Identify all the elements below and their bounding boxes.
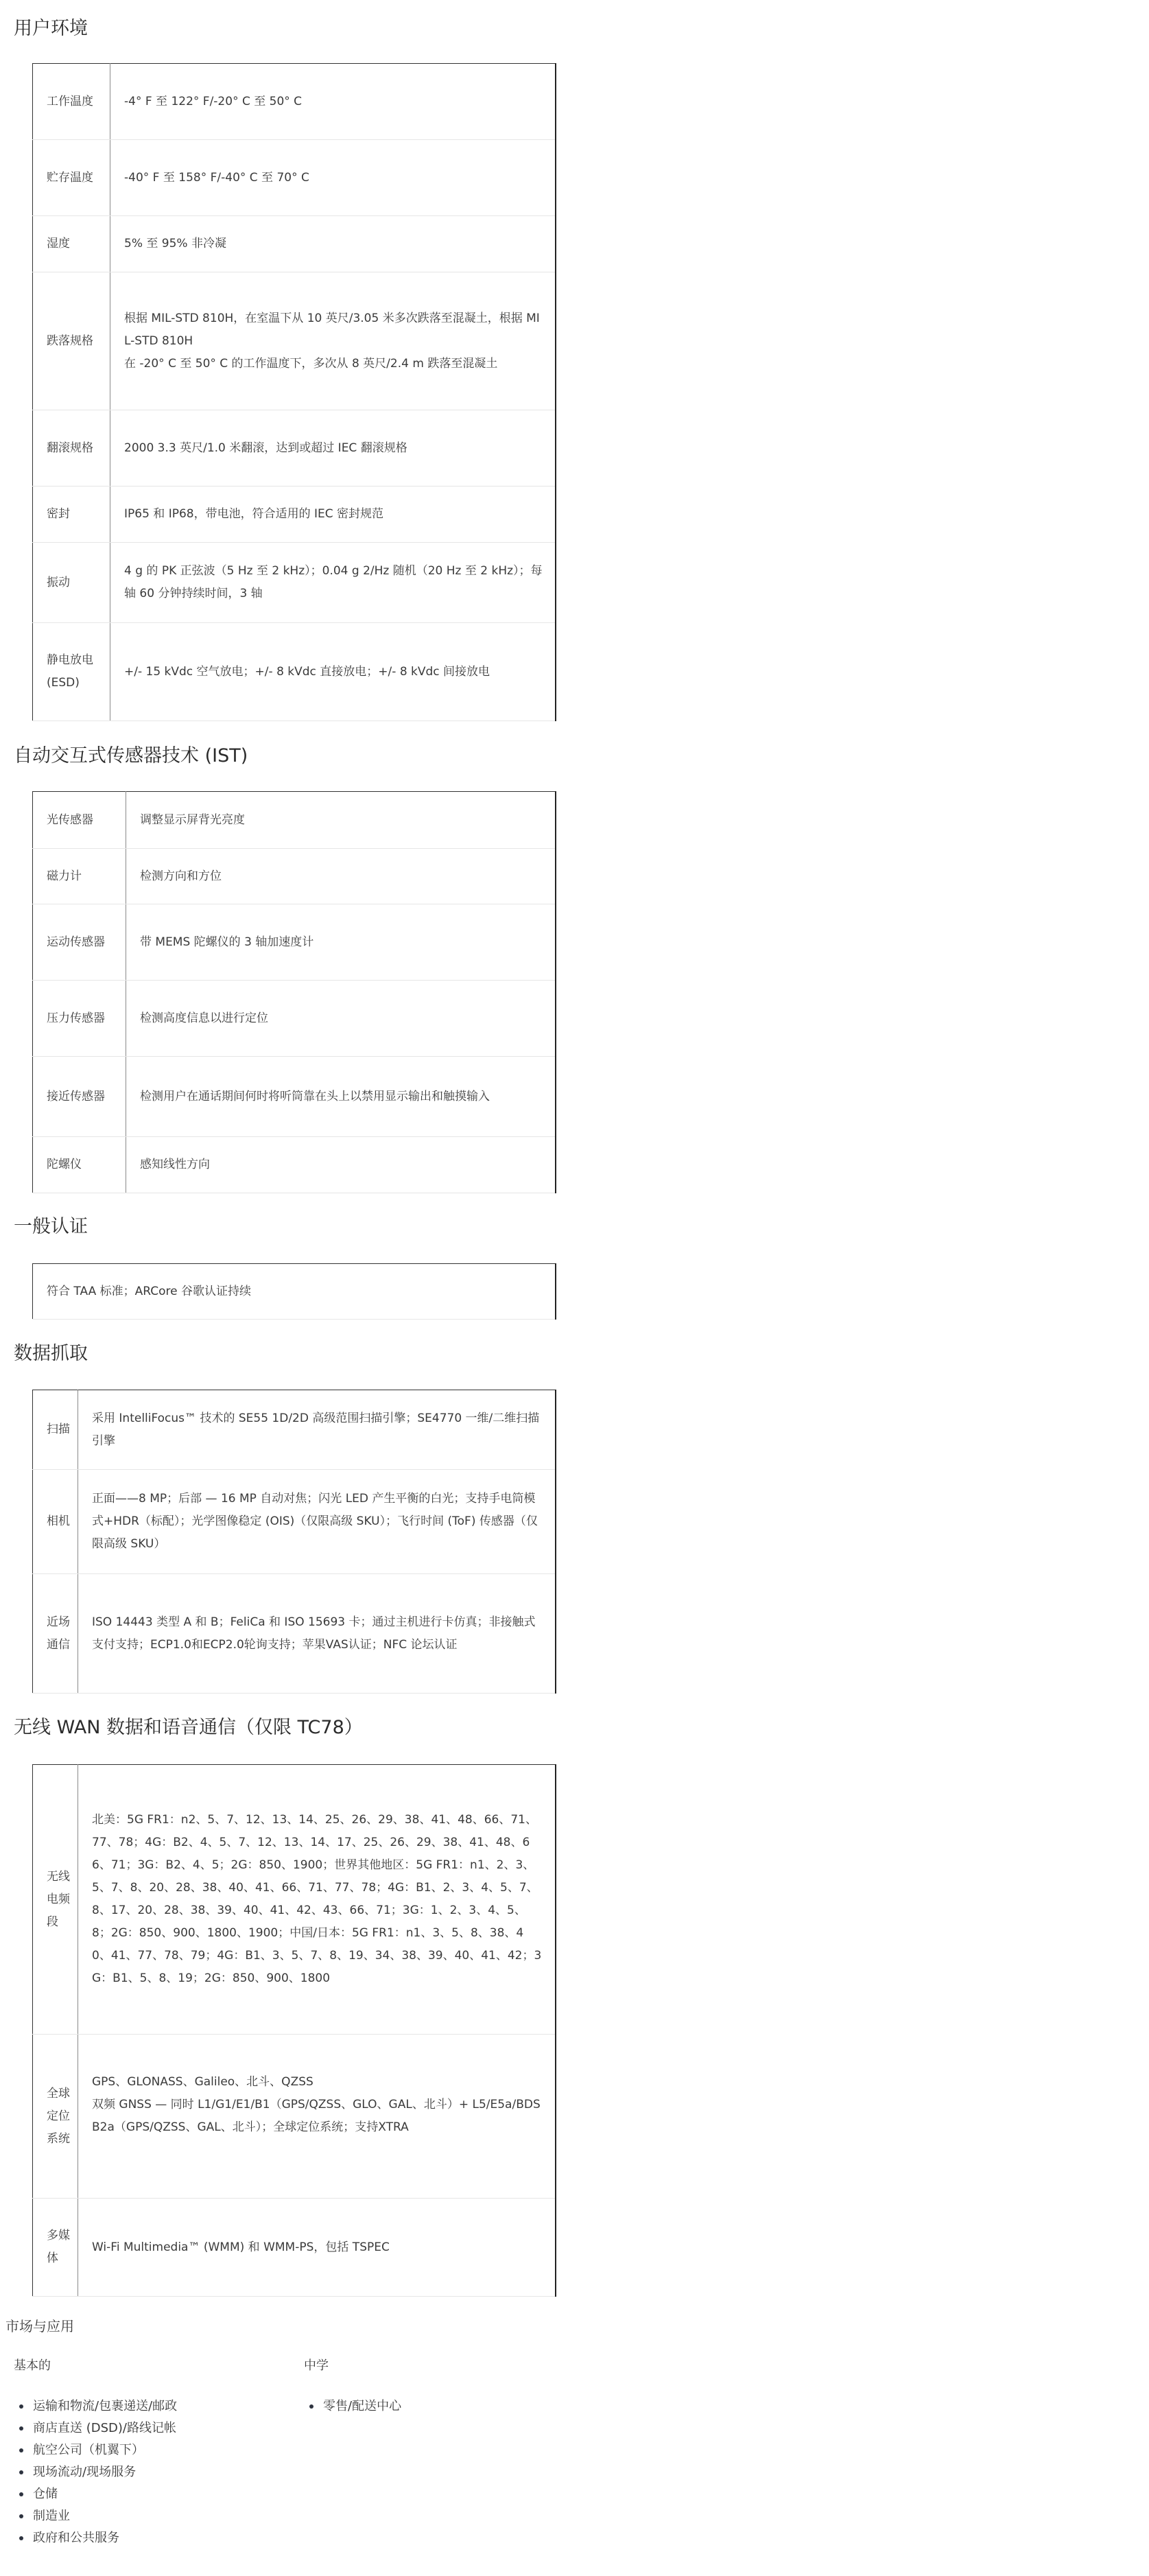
row-label: 工作温度 <box>33 64 110 140</box>
table-row: 无线电频段北美：5G FR1：n2、5、7、12、13、14、25、26、29、… <box>33 1765 556 2035</box>
user-environment-table: 工作温度-4° F 至 122° F/-20° C 至 50° C 贮存温度-4… <box>32 63 556 721</box>
table-row: 磁力计检测方向和方位 <box>33 849 556 904</box>
table-row: 扫描采用 IntelliFocus™ 技术的 SE55 1D/2D 高级范围扫描… <box>33 1390 556 1470</box>
row-label: 压力传感器 <box>33 981 126 1057</box>
section-title-ist: 自动交互式传感器技术 (IST) <box>14 742 248 770</box>
row-label: 运动传感器 <box>33 904 126 981</box>
row-value: +/- 15 kVdc 空气放电；+/- 8 kVdc 直接放电；+/- 8 k… <box>110 623 556 721</box>
row-value: ISO 14443 类型 A 和 B；FeliCa 和 ISO 15693 卡；… <box>78 1574 556 1694</box>
row-value: -40° F 至 158° F/-40° C 至 70° C <box>110 140 556 216</box>
table-row: 密封IP65 和 IP68，带电池，符合适用的 IEC 密封规范 <box>33 487 556 543</box>
certification-table: 符合 TAA 标准；ARCore 谷歌认证持续 <box>32 1263 556 1320</box>
list-item: 仓储 <box>14 2483 177 2505</box>
markets-secondary-column: 中学 零售/配送中心 <box>304 2355 401 2417</box>
markets-primary-list: 运输和物流/包裹递送/邮政 商店直送 (DSD)/路线记帐 航空公司（机翼下） … <box>14 2396 177 2549</box>
list-item-label: 仓储 <box>33 2487 58 2501</box>
table-row: 工作温度-4° F 至 122° F/-20° C 至 50° C <box>33 64 556 140</box>
table-row: 压力传感器检测高度信息以进行定位 <box>33 981 556 1057</box>
row-value: Wi-Fi Multimedia™ (WMM) 和 WMM-PS，包括 TSPE… <box>78 2199 556 2297</box>
list-item: 制造业 <box>14 2505 177 2527</box>
bullet-icon <box>309 2404 313 2409</box>
row-value: 感知线性方向 <box>126 1137 556 1193</box>
markets-title: 市场与应用 <box>5 2315 74 2337</box>
section-title-data-capture: 数据抓取 <box>14 1340 88 1368</box>
row-label: 扫描 <box>33 1390 78 1470</box>
row-label: 静电放电 (ESD) <box>33 623 110 721</box>
row-value: IP65 和 IP68，带电池，符合适用的 IEC 密封规范 <box>110 487 556 543</box>
row-label: 陀螺仪 <box>33 1137 126 1193</box>
row-label: 相机 <box>33 1470 78 1574</box>
list-item: 航空公司（机翼下） <box>14 2439 177 2461</box>
row-label: 多媒体 <box>33 2199 78 2297</box>
list-item-label: 运输和物流/包裹递送/邮政 <box>33 2399 177 2413</box>
certification-value: 符合 TAA 标准；ARCore 谷歌认证持续 <box>33 1264 556 1320</box>
bullet-icon <box>19 2514 23 2518</box>
row-label: 磁力计 <box>33 849 126 904</box>
list-item-label: 制造业 <box>33 2509 70 2523</box>
markets-secondary-list: 零售/配送中心 <box>304 2396 401 2417</box>
row-value: 检测用户在通话期间何时将听筒靠在头上以禁用显示输出和触摸输入 <box>126 1057 556 1137</box>
table-row: 静电放电 (ESD)+/- 15 kVdc 空气放电；+/- 8 kVdc 直接… <box>33 623 556 721</box>
row-value: 采用 IntelliFocus™ 技术的 SE55 1D/2D 高级范围扫描引擎… <box>78 1390 556 1470</box>
bullet-icon <box>19 2536 23 2540</box>
table-row: 湿度5% 至 95% 非冷凝 <box>33 216 556 272</box>
table-row: 翻滚规格2000 3.3 英尺/1.0 米翻滚，达到或超过 IEC 翻滚规格 <box>33 410 556 487</box>
row-value: 4 g 的 PK 正弦波（5 Hz 至 2 kHz）；0.04 g 2/Hz 随… <box>110 543 556 623</box>
section-title-certification: 一般认证 <box>14 1213 88 1241</box>
section-title-user-environment: 用户环境 <box>14 15 88 43</box>
row-value: -4° F 至 122° F/-20° C 至 50° C <box>110 64 556 140</box>
row-label: 光传感器 <box>33 792 126 849</box>
list-item: 现场流动/现场服务 <box>14 2461 177 2483</box>
markets-secondary-heading: 中学 <box>304 2355 401 2377</box>
table-row: 全球定位系统GPS、GLONASS、Galileo、北斗、QZSS 双频 GNS… <box>33 2035 556 2199</box>
row-label: 无线电频段 <box>33 1765 78 2035</box>
wwan-table: 无线电频段北美：5G FR1：n2、5、7、12、13、14、25、26、29、… <box>32 1764 556 2297</box>
row-label: 近场通信 <box>33 1574 78 1694</box>
bullet-icon <box>19 2470 23 2474</box>
row-value: 检测方向和方位 <box>126 849 556 904</box>
row-value: 带 MEMS 陀螺仪的 3 轴加速度计 <box>126 904 556 981</box>
list-item: 政府和公共服务 <box>14 2527 177 2549</box>
row-value: 2000 3.3 英尺/1.0 米翻滚，达到或超过 IEC 翻滚规格 <box>110 410 556 487</box>
row-label: 振动 <box>33 543 110 623</box>
table-row: 陀螺仪感知线性方向 <box>33 1137 556 1193</box>
row-value: 北美：5G FR1：n2、5、7、12、13、14、25、26、29、38、41… <box>78 1765 556 2035</box>
row-label: 全球定位系统 <box>33 2035 78 2199</box>
list-item: 商店直送 (DSD)/路线记帐 <box>14 2417 177 2439</box>
row-value: 正面——8 MP；后部 — 16 MP 自动对焦；闪光 LED 产生平衡的白光；… <box>78 1470 556 1574</box>
table-row: 接近传感器检测用户在通话期间何时将听筒靠在头上以禁用显示输出和触摸输入 <box>33 1057 556 1137</box>
row-value: 检测高度信息以进行定位 <box>126 981 556 1057</box>
table-row: 符合 TAA 标准；ARCore 谷歌认证持续 <box>33 1264 556 1320</box>
row-label: 跌落规格 <box>33 272 110 410</box>
row-value: 5% 至 95% 非冷凝 <box>110 216 556 272</box>
list-item-label: 零售/配送中心 <box>323 2399 401 2413</box>
markets-primary-heading: 基本的 <box>14 2355 177 2377</box>
bullet-icon <box>19 2448 23 2452</box>
markets-primary-column: 基本的 运输和物流/包裹递送/邮政 商店直送 (DSD)/路线记帐 航空公司（机… <box>14 2355 177 2549</box>
row-label: 贮存温度 <box>33 140 110 216</box>
list-item: 运输和物流/包裹递送/邮政 <box>14 2396 177 2417</box>
row-value: 调整显示屏背光亮度 <box>126 792 556 849</box>
list-item-label: 现场流动/现场服务 <box>33 2465 136 2479</box>
section-title-wwan: 无线 WAN 数据和语音通信（仅限 TC78） <box>14 1714 363 1742</box>
table-row: 多媒体Wi-Fi Multimedia™ (WMM) 和 WMM-PS，包括 T… <box>33 2199 556 2297</box>
table-row: 跌落规格根据 MIL-STD 810H，在室温下从 10 英尺/3.05 米多次… <box>33 272 556 410</box>
ist-table: 光传感器调整显示屏背光亮度 磁力计检测方向和方位 运动传感器带 MEMS 陀螺仪… <box>32 791 556 1193</box>
list-item: 零售/配送中心 <box>304 2396 401 2417</box>
table-row: 振动4 g 的 PK 正弦波（5 Hz 至 2 kHz）；0.04 g 2/Hz… <box>33 543 556 623</box>
list-item-label: 商店直送 (DSD)/路线记帐 <box>33 2421 176 2435</box>
row-label: 接近传感器 <box>33 1057 126 1137</box>
table-row: 光传感器调整显示屏背光亮度 <box>33 792 556 849</box>
table-row: 运动传感器带 MEMS 陀螺仪的 3 轴加速度计 <box>33 904 556 981</box>
row-label: 密封 <box>33 487 110 543</box>
row-value: 根据 MIL-STD 810H，在室温下从 10 英尺/3.05 米多次跌落至混… <box>110 272 556 410</box>
list-item-label: 政府和公共服务 <box>33 2531 119 2545</box>
row-label: 翻滚规格 <box>33 410 110 487</box>
list-item-label: 航空公司（机翼下） <box>33 2443 144 2457</box>
bullet-icon <box>19 2492 23 2496</box>
bullet-icon <box>19 2426 23 2431</box>
table-row: 近场通信ISO 14443 类型 A 和 B；FeliCa 和 ISO 1569… <box>33 1574 556 1694</box>
row-label: 湿度 <box>33 216 110 272</box>
bullet-icon <box>19 2404 23 2409</box>
row-value: GPS、GLONASS、Galileo、北斗、QZSS 双频 GNSS — 同时… <box>78 2035 556 2199</box>
data-capture-table: 扫描采用 IntelliFocus™ 技术的 SE55 1D/2D 高级范围扫描… <box>32 1390 556 1694</box>
table-row: 贮存温度-40° F 至 158° F/-40° C 至 70° C <box>33 140 556 216</box>
table-row: 相机正面——8 MP；后部 — 16 MP 自动对焦；闪光 LED 产生平衡的白… <box>33 1470 556 1574</box>
